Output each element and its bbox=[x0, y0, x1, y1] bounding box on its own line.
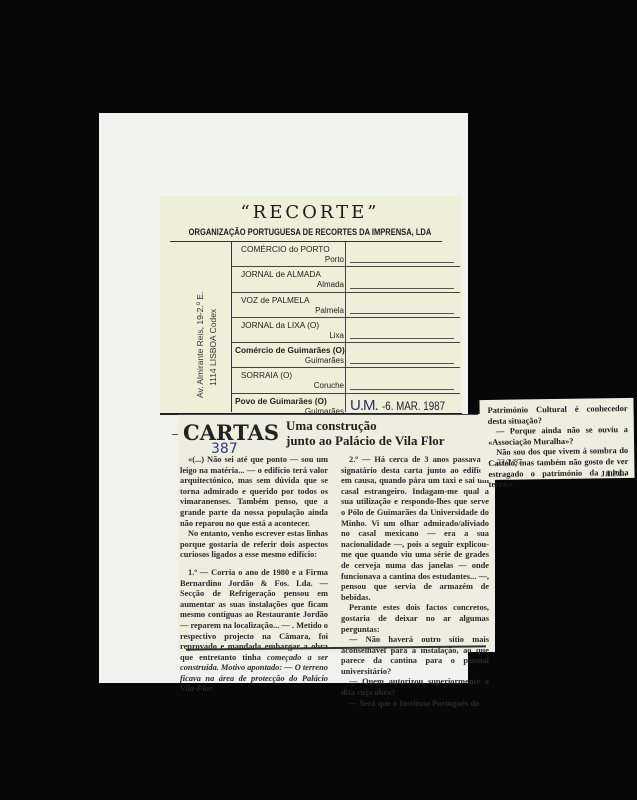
paragraph: 2.º — Há cerca de 3 anos passava o signa… bbox=[341, 455, 489, 603]
publication-name: JORNAL de ALMADA bbox=[241, 269, 321, 279]
publication-name: SORRAIA (O) bbox=[241, 370, 292, 380]
article-column-2: 2.º — Há cerca de 3 anos passava o signa… bbox=[341, 455, 489, 709]
publication-name: JORNAL da LIXA (O) bbox=[241, 320, 319, 330]
service-brand: “RECORTE” bbox=[160, 202, 460, 223]
address-line-1: Av. Almirante Reis, 19-2.º E. bbox=[195, 292, 205, 398]
publication-row: JORNAL da LIXA (O) Lixa bbox=[232, 318, 460, 343]
blank-line bbox=[350, 338, 454, 339]
blank-line bbox=[350, 389, 454, 390]
publication-row: VOZ de PALMELA Palmela bbox=[232, 293, 460, 318]
publication-row: COMÉRCIO do PORTO Porto bbox=[232, 242, 460, 267]
service-address: Av. Almirante Reis, 19-2.º E. 1114 LISBO… bbox=[172, 248, 222, 408]
publication-city: Coruche bbox=[314, 381, 344, 390]
paragraph: — Não haverá outro sítio mais aconselháv… bbox=[341, 635, 489, 677]
publication-city: Palmela bbox=[315, 306, 344, 315]
divider bbox=[178, 414, 478, 415]
blank-line bbox=[350, 288, 454, 289]
paragraph: — Quem autorizou superiormente a dita cu… bbox=[341, 677, 489, 698]
publication-city: Lixa bbox=[329, 331, 344, 340]
publication-city: Almada bbox=[317, 280, 344, 289]
margin-mark bbox=[172, 434, 178, 435]
publication-name: Povo de Guimarães (O) bbox=[235, 396, 327, 406]
paragraph: — Será que o Instituto Português do bbox=[341, 699, 489, 710]
publication-name: VOZ de PALMELA bbox=[241, 295, 310, 305]
publication-list: COMÉRCIO do PORTO Porto JORNAL de ALMADA… bbox=[232, 242, 460, 418]
publication-name: Comércio de Guimarães (O) bbox=[235, 345, 345, 355]
paragraph: 1.º — Corria o ano de 1980 e a Firma Ber… bbox=[180, 568, 328, 695]
address-line-2: 1114 LISBOA Codex bbox=[208, 309, 218, 386]
blank-line bbox=[350, 363, 454, 364]
article-continuation-clipping: Património Cultural é conhecedor desta s… bbox=[479, 398, 634, 480]
publication-city: Porto bbox=[325, 255, 344, 264]
paragraph: «(...) Não sei até que ponto — sou um le… bbox=[180, 455, 328, 529]
stamp-date: -6. MAR. 1987 bbox=[382, 401, 445, 413]
clipping-service-slip: “RECORTE” ORGANIZAÇÃO PORTUGUESA DE RECO… bbox=[160, 196, 462, 416]
publication-row: Comércio de Guimarães (O) Guimarães bbox=[232, 343, 460, 368]
letter-date: 23/2/87 bbox=[496, 457, 522, 468]
publication-name: COMÉRCIO do PORTO bbox=[241, 244, 330, 254]
service-organization: ORGANIZAÇÃO PORTUGUESA DE RECORTES DA IM… bbox=[187, 227, 433, 237]
headline-line: Uma construção bbox=[286, 418, 445, 433]
blank-line bbox=[350, 262, 454, 263]
headline-line: junto ao Palácio de Vila Flor bbox=[286, 433, 445, 448]
letter-signature: J.I.P.L. bbox=[601, 469, 627, 480]
handwritten-mark: U.M. bbox=[350, 397, 378, 414]
paragraph: Património Cultural é conhecedor desta s… bbox=[488, 404, 628, 427]
article-headline: Uma construção junto ao Palácio de Vila … bbox=[286, 418, 445, 448]
paragraph: Perante estes dois factos concretos, gos… bbox=[341, 603, 489, 635]
paragraph: No entanto, venho escrever estas linhas … bbox=[180, 529, 328, 561]
newspaper-clipping: CARTAS 387 Uma construção junto ao Palác… bbox=[178, 414, 495, 652]
paragraph: — Porque ainda não se ouviu a «Associaçã… bbox=[488, 425, 628, 448]
publication-row: JORNAL de ALMADA Almada bbox=[232, 267, 460, 292]
blank-line bbox=[350, 313, 454, 314]
publication-row: SORRAIA (O) Coruche bbox=[232, 368, 460, 393]
article-column-1: «(...) Não sei até que ponto — sou um le… bbox=[180, 455, 328, 695]
publication-city: Guimarães bbox=[305, 356, 344, 365]
